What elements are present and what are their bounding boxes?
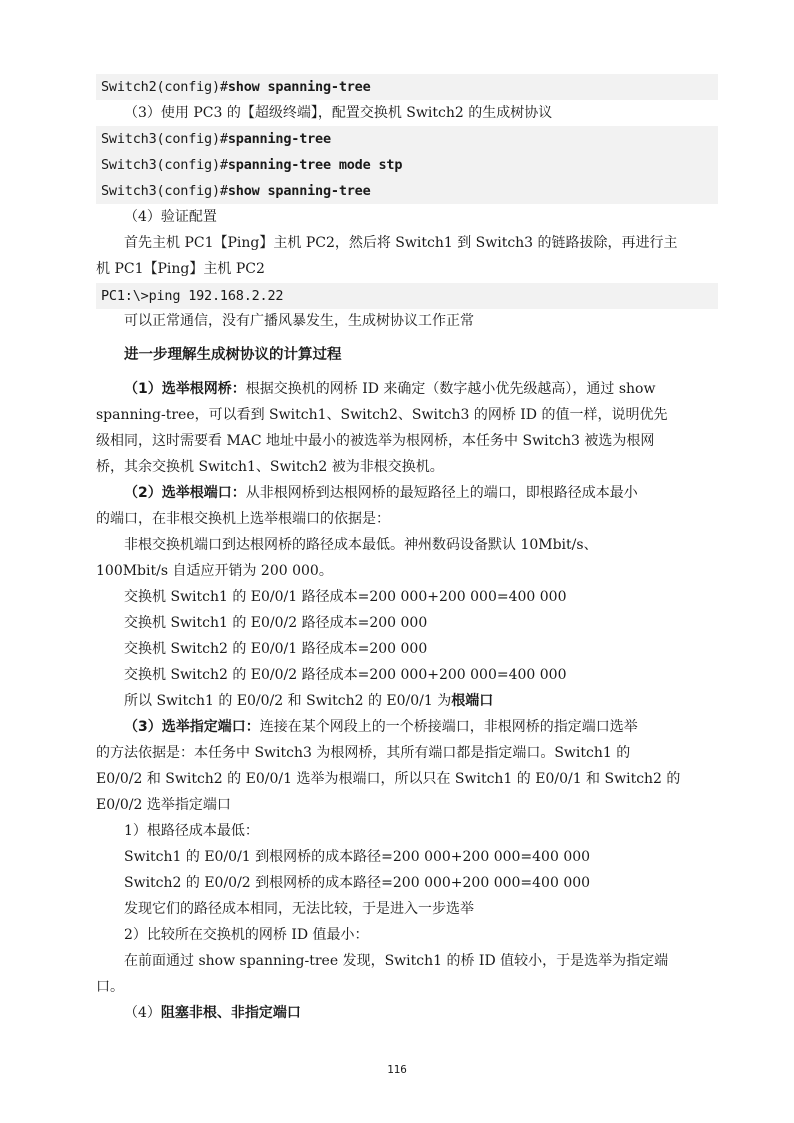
p3-line-2: 的方法依据是：本任务中 Switch3 为根网桥，其所有端口都是指定端口。Swi…: [96, 740, 718, 766]
cost-line: 交换机 Switch1 的 E0/0/2 路径成本=200 000: [96, 610, 746, 636]
p3-label: （3）选举指定端口：: [124, 719, 260, 735]
p3-sub1-line: Switch2 的 E0/0/2 到根网桥的成本路径=200 000+200 0…: [96, 870, 746, 896]
step4-text: （4）验证配置: [96, 204, 746, 230]
p3-sub1-line: Switch1 的 E0/0/1 到根网桥的成本路径=200 000+200 0…: [96, 844, 746, 870]
p1-line-2: spanning-tree，可以看到 Switch1、Switch2、Switc…: [96, 402, 718, 428]
p2-line-3: 非根交换机端口到达根网桥的路径成本最低。神州数码设备默认 10Mbit/s、: [96, 532, 746, 558]
code-line-switch3-2: Switch3(config)#spanning-tree mode stp: [96, 152, 718, 178]
code-line-switch3-1: Switch3(config)#spanning-tree: [96, 126, 718, 152]
page-number: 116: [0, 1063, 794, 1076]
p3-sub2-title: 2）比较所在交换机的网桥 ID 值最小：: [96, 922, 746, 948]
step3-text: （3）使用 PC3 的【超级终端】，配置交换机 Switch2 的生成树协议: [96, 100, 746, 126]
verify-line-1: 首先主机 PC1【Ping】主机 PC2，然后将 Switch1 到 Switc…: [96, 230, 746, 256]
verify-line-2: 机 PC1【Ping】主机 PC2: [96, 256, 718, 282]
p1-label: （1）选举根网桥：: [124, 381, 246, 397]
p1-line-3: 级相同，这时需要看 MAC 地址中最小的被选举为根网桥，本任务中 Switch3…: [96, 428, 718, 454]
cost-line: 交换机 Switch2 的 E0/0/2 路径成本=200 000+200 00…: [96, 662, 746, 688]
p1-line-1: （1）选举根网桥：根据交换机的网桥 ID 来确定（数字越小优先级越高），通过 s…: [96, 376, 746, 402]
p3-sub1-line: 发现它们的路径成本相同，无法比较，于是进入一步选举: [96, 896, 746, 922]
code-line-switch2-show: Switch2(config)#show spanning-tree: [96, 74, 718, 100]
p1-line-4: 桥，其余交换机 Switch1、Switch2 被为非根交换机。: [96, 454, 718, 480]
result-text: 可以正常通信，没有广播风暴发生，生成树协议工作正常: [96, 308, 746, 334]
p3-sub1-title: 1）根路径成本最低：: [96, 818, 746, 844]
section-title: 进一步理解生成树协议的计算过程: [96, 342, 746, 368]
p3-sub2-line-1: 在前面通过 show spanning-tree 发现，Switch1 的桥 I…: [96, 948, 746, 974]
code-line-ping: PC1:\>ping 192.168.2.22: [96, 283, 718, 309]
p2-line-4: 100Mbit/s 自适应开销为 200 000。: [96, 558, 718, 584]
document-page: Switch2(config)#show spanning-tree （3）使用…: [0, 0, 794, 1123]
cost-line: 交换机 Switch2 的 E0/0/1 路径成本=200 000: [96, 636, 746, 662]
p3-line-4: E0/0/2 选举指定端口: [96, 792, 718, 818]
p3-line-3: E0/0/2 和 Switch2 的 E0/0/1 选举为根端口，所以只在 Sw…: [96, 766, 718, 792]
p2-line-1: （2）选举根端口：从非根网桥到达根网桥的最短路径上的端口，即根路径成本最小: [96, 480, 746, 506]
code-line-switch3-3: Switch3(config)#show spanning-tree: [96, 178, 718, 204]
p3-line-1: （3）选举指定端口：连接在某个网段上的一个桥接端口，非根网桥的指定端口选举: [96, 714, 746, 740]
p2-label: （2）选举根端口：: [124, 485, 246, 501]
cost-line: 交换机 Switch1 的 E0/0/1 路径成本=200 000+200 00…: [96, 584, 746, 610]
p2-line-2: 的端口，在非根交换机上选举根端口的依据是：: [96, 506, 718, 532]
p3-sub2-line-2: 口。: [96, 974, 718, 1000]
p2-conclusion: 所以 Switch1 的 E0/0/2 和 Switch2 的 E0/0/1 为…: [96, 688, 746, 714]
p4-heading: （4）阻塞非根、非指定端口: [96, 1000, 746, 1026]
